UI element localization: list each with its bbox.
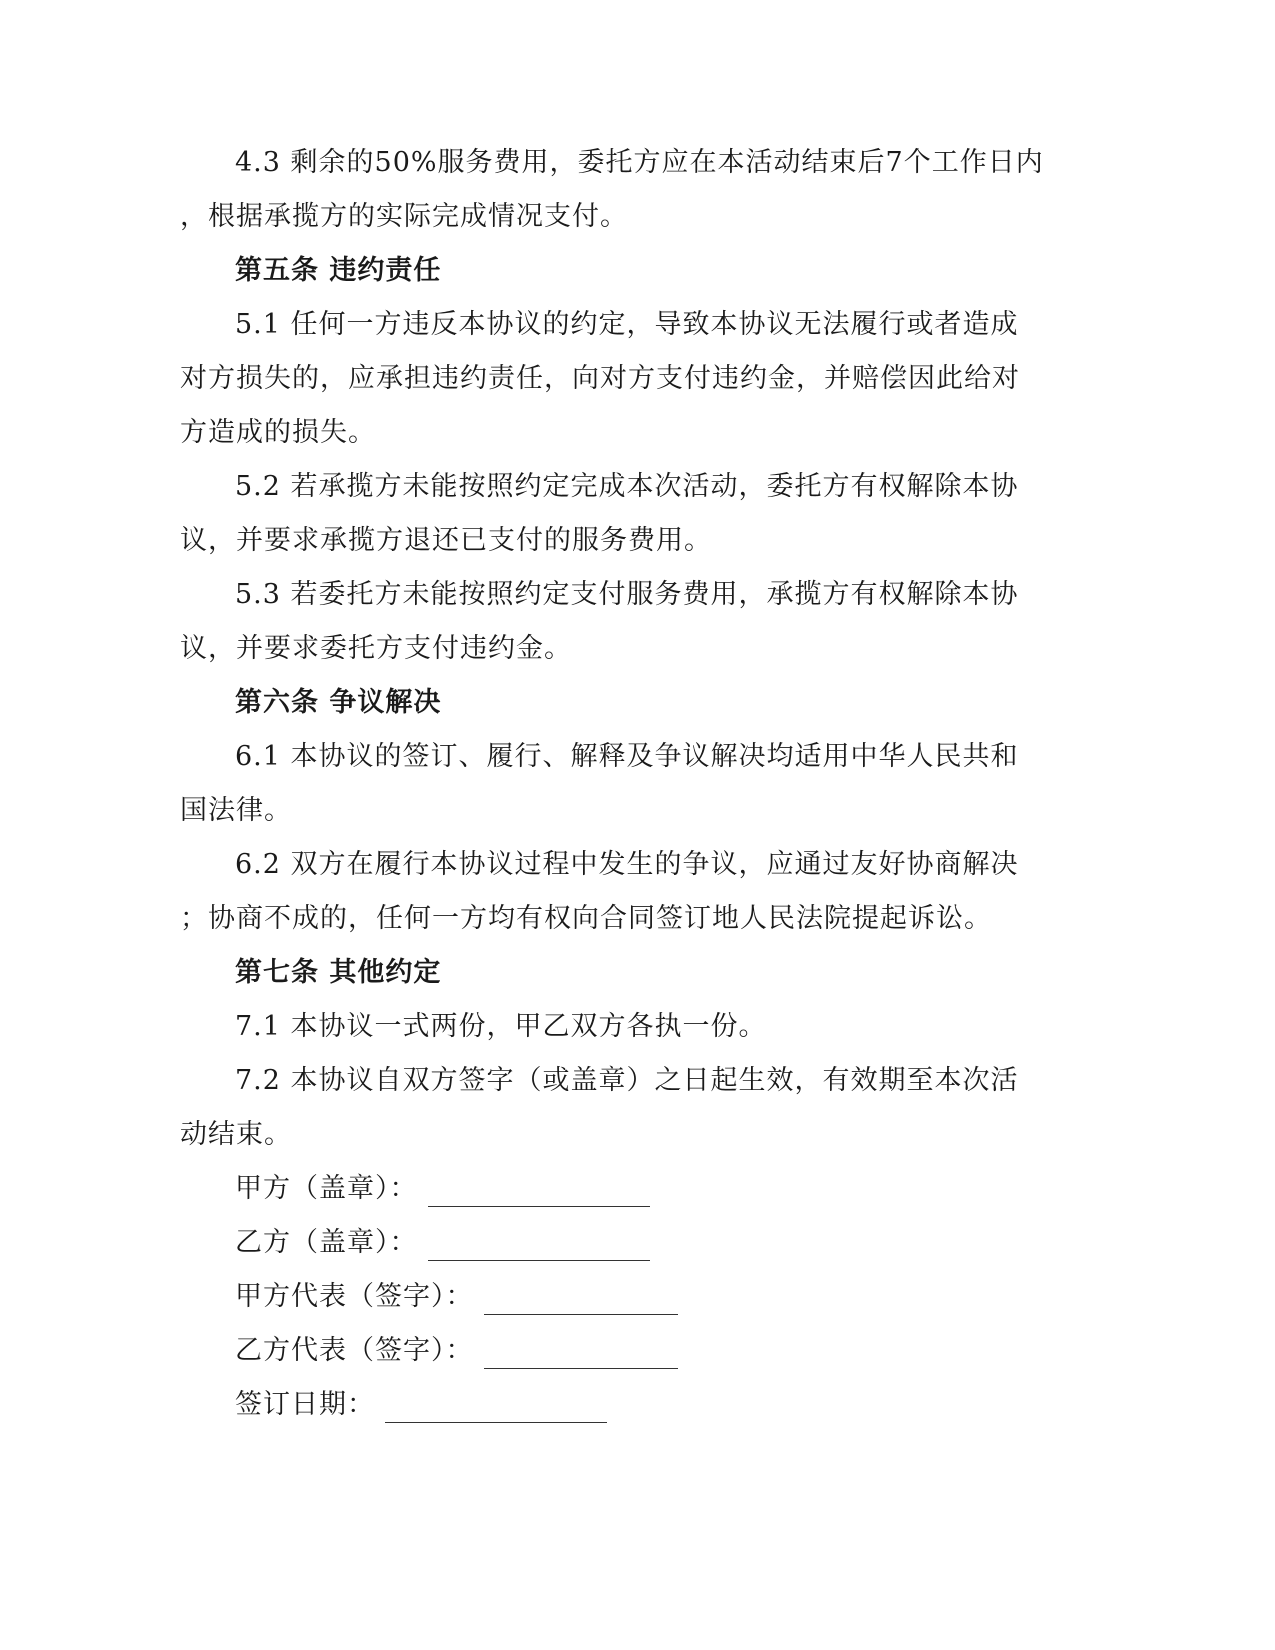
clause-6-2-line-1: 6.2 双方在履行本协议过程中发生的争议，应通过友好协商解决 [235,847,1019,883]
signature-blank-line[interactable] [484,1288,678,1315]
signature-label: 甲方（盖章）： [235,1171,418,1207]
clause-4-3-line-1: 4.3 剩余的50%服务费用，委托方应在本活动结束后7个工作日内 [235,145,1044,181]
clause-5-2-line-2: 议，并要求承揽方退还已支付的服务费用。 [180,523,712,559]
signature-row-party-b-rep: 乙方代表（签字）： [235,1333,678,1369]
signature-label: 签订日期： [235,1387,375,1423]
section-heading-6: 第六条 争议解决 [235,685,441,721]
signature-row-sign-date: 签订日期： [235,1387,607,1423]
clause-5-1-line-1: 5.1 任何一方违反本协议的约定，导致本协议无法履行或者造成 [235,307,1019,343]
clause-6-2-line-2: ；协商不成的，任何一方均有权向合同签订地人民法院提起诉讼。 [180,901,992,937]
signature-row-party-a-rep: 甲方代表（签字）： [235,1279,678,1315]
signature-label: 乙方代表（签字）： [235,1333,474,1369]
clause-6-1-line-1: 6.1 本协议的签订、履行、解释及争议解决均适用中华人民共和 [235,739,1019,775]
signature-blank-line[interactable] [484,1342,678,1369]
clause-7-2-line-2: 动结束。 [180,1117,292,1153]
section-heading-5: 第五条 违约责任 [235,253,441,289]
clause-7-2-line-1: 7.2 本协议自双方签字（或盖章）之日起生效，有效期至本次活 [235,1063,1019,1099]
clause-6-1-line-2: 国法律。 [180,793,292,829]
clause-5-3-line-1: 5.3 若委托方未能按照约定支付服务费用，承揽方有权解除本协 [235,577,1019,613]
clause-5-3-line-2: 议，并要求委托方支付违约金。 [180,631,572,667]
document-page: 4.3 剩余的50%服务费用，委托方应在本活动结束后7个工作日内 ，根据承揽方的… [0,0,1275,1650]
signature-row-party-b-seal: 乙方（盖章）： [235,1225,650,1261]
signature-label: 乙方（盖章）： [235,1225,418,1261]
signature-row-party-a-seal: 甲方（盖章）： [235,1171,650,1207]
signature-label: 甲方代表（签字）： [235,1279,474,1315]
signature-blank-line[interactable] [428,1234,650,1261]
clause-5-2-line-1: 5.2 若承揽方未能按照约定完成本次活动，委托方有权解除本协 [235,469,1019,505]
signature-blank-line[interactable] [428,1180,650,1207]
section-heading-7: 第七条 其他约定 [235,955,441,991]
clause-5-1-line-3: 方造成的损失。 [180,415,376,451]
clause-5-1-line-2: 对方损失的，应承担违约责任，向对方支付违约金，并赔偿因此给对 [180,361,1020,397]
signature-blank-line[interactable] [385,1396,607,1423]
clause-4-3-line-2: ，根据承揽方的实际完成情况支付。 [180,199,628,235]
clause-7-1-line-1: 7.1 本协议一式两份，甲乙双方各执一份。 [235,1009,767,1045]
